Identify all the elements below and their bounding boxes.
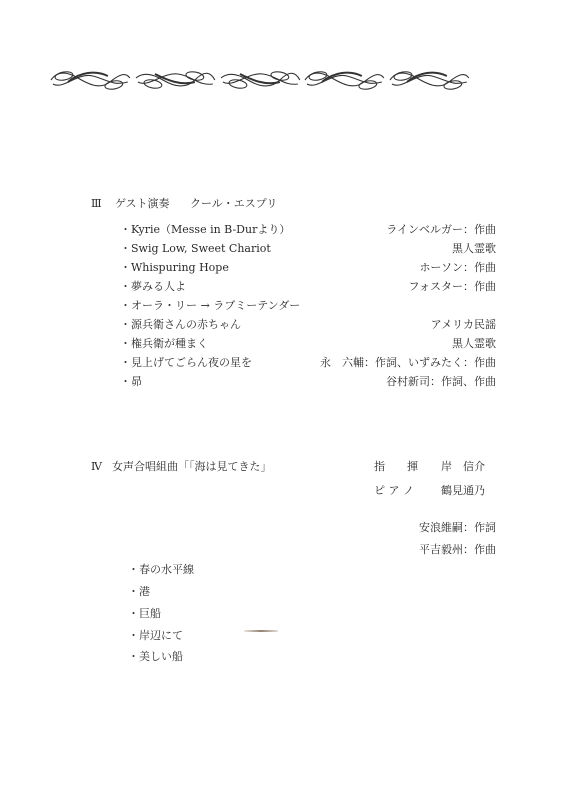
conductor-label: 指 揮 — [374, 460, 418, 474]
stray-mark — [244, 630, 278, 632]
program-item-title: ・夢みる人よ — [120, 280, 186, 294]
flourish-icon — [218, 62, 303, 98]
program-item-title: ・見上げてごらん夜の星を — [120, 356, 252, 370]
flourish-icon — [302, 62, 387, 98]
flourish-icon — [48, 62, 133, 98]
flourish-icon — [133, 62, 218, 98]
program-item-title: ・昴 — [120, 375, 142, 389]
program-item-title: ・オーラ・リー → ラブミーテンダー — [120, 299, 300, 313]
flourish-ornament — [48, 62, 472, 98]
conductor-name: 岸 信介 — [441, 460, 485, 474]
suite-movement: ・美しい船 — [128, 650, 183, 664]
suite-movement: ・岸辺にて — [128, 629, 183, 643]
program-item-title: ・Whispuring Hope — [120, 261, 229, 275]
program-item-credit: ホーソン：作曲 — [419, 261, 496, 275]
program-item-credit: 谷村新司：作詞、作曲 — [386, 375, 496, 389]
piano-name: 鶴見通乃 — [441, 484, 485, 498]
lyricist-credit: 安浪維嗣：作詞 — [419, 521, 496, 535]
composer-credit: 平吉毅州：作曲 — [419, 543, 496, 557]
program-item-title: ・Swig Low, Sweet Chariot — [120, 242, 271, 256]
program-item-credit: フォスター：作曲 — [409, 280, 496, 294]
program-item-title: ・源兵衛さんの赤ちゃん — [120, 318, 241, 332]
program-item-credit: 永 六輔：作詞、いずみたく：作曲 — [320, 356, 496, 370]
flourish-icon — [387, 62, 472, 98]
program-item-credit: 黒人霊歌 — [452, 242, 496, 256]
section3-group: クール・エスプリ — [190, 197, 277, 211]
section3-numeral: Ⅲ — [91, 197, 102, 211]
program-item-title: ・Kyrie（Messe in B-Durより） — [120, 223, 290, 237]
program-item-title: ・権兵衛が種まく — [120, 337, 208, 351]
suite-movement: ・春の水平線 — [128, 563, 194, 577]
piano-label: ピ ア ノ — [374, 484, 414, 498]
suite-movement: ・巨船 — [128, 607, 161, 621]
section4-numeral: Ⅳ — [91, 460, 102, 474]
program-item-credit: 黒人霊歌 — [452, 337, 496, 351]
section3-title: ゲスト演奏 — [115, 197, 170, 211]
suite-movement: ・港 — [128, 585, 150, 599]
section4-title: 女声合唱組曲「「海は見てきた」 — [112, 460, 272, 474]
program-item-credit: ラインベルガー：作曲 — [386, 223, 496, 237]
program-item-credit: アメリカ民謡 — [431, 318, 496, 332]
